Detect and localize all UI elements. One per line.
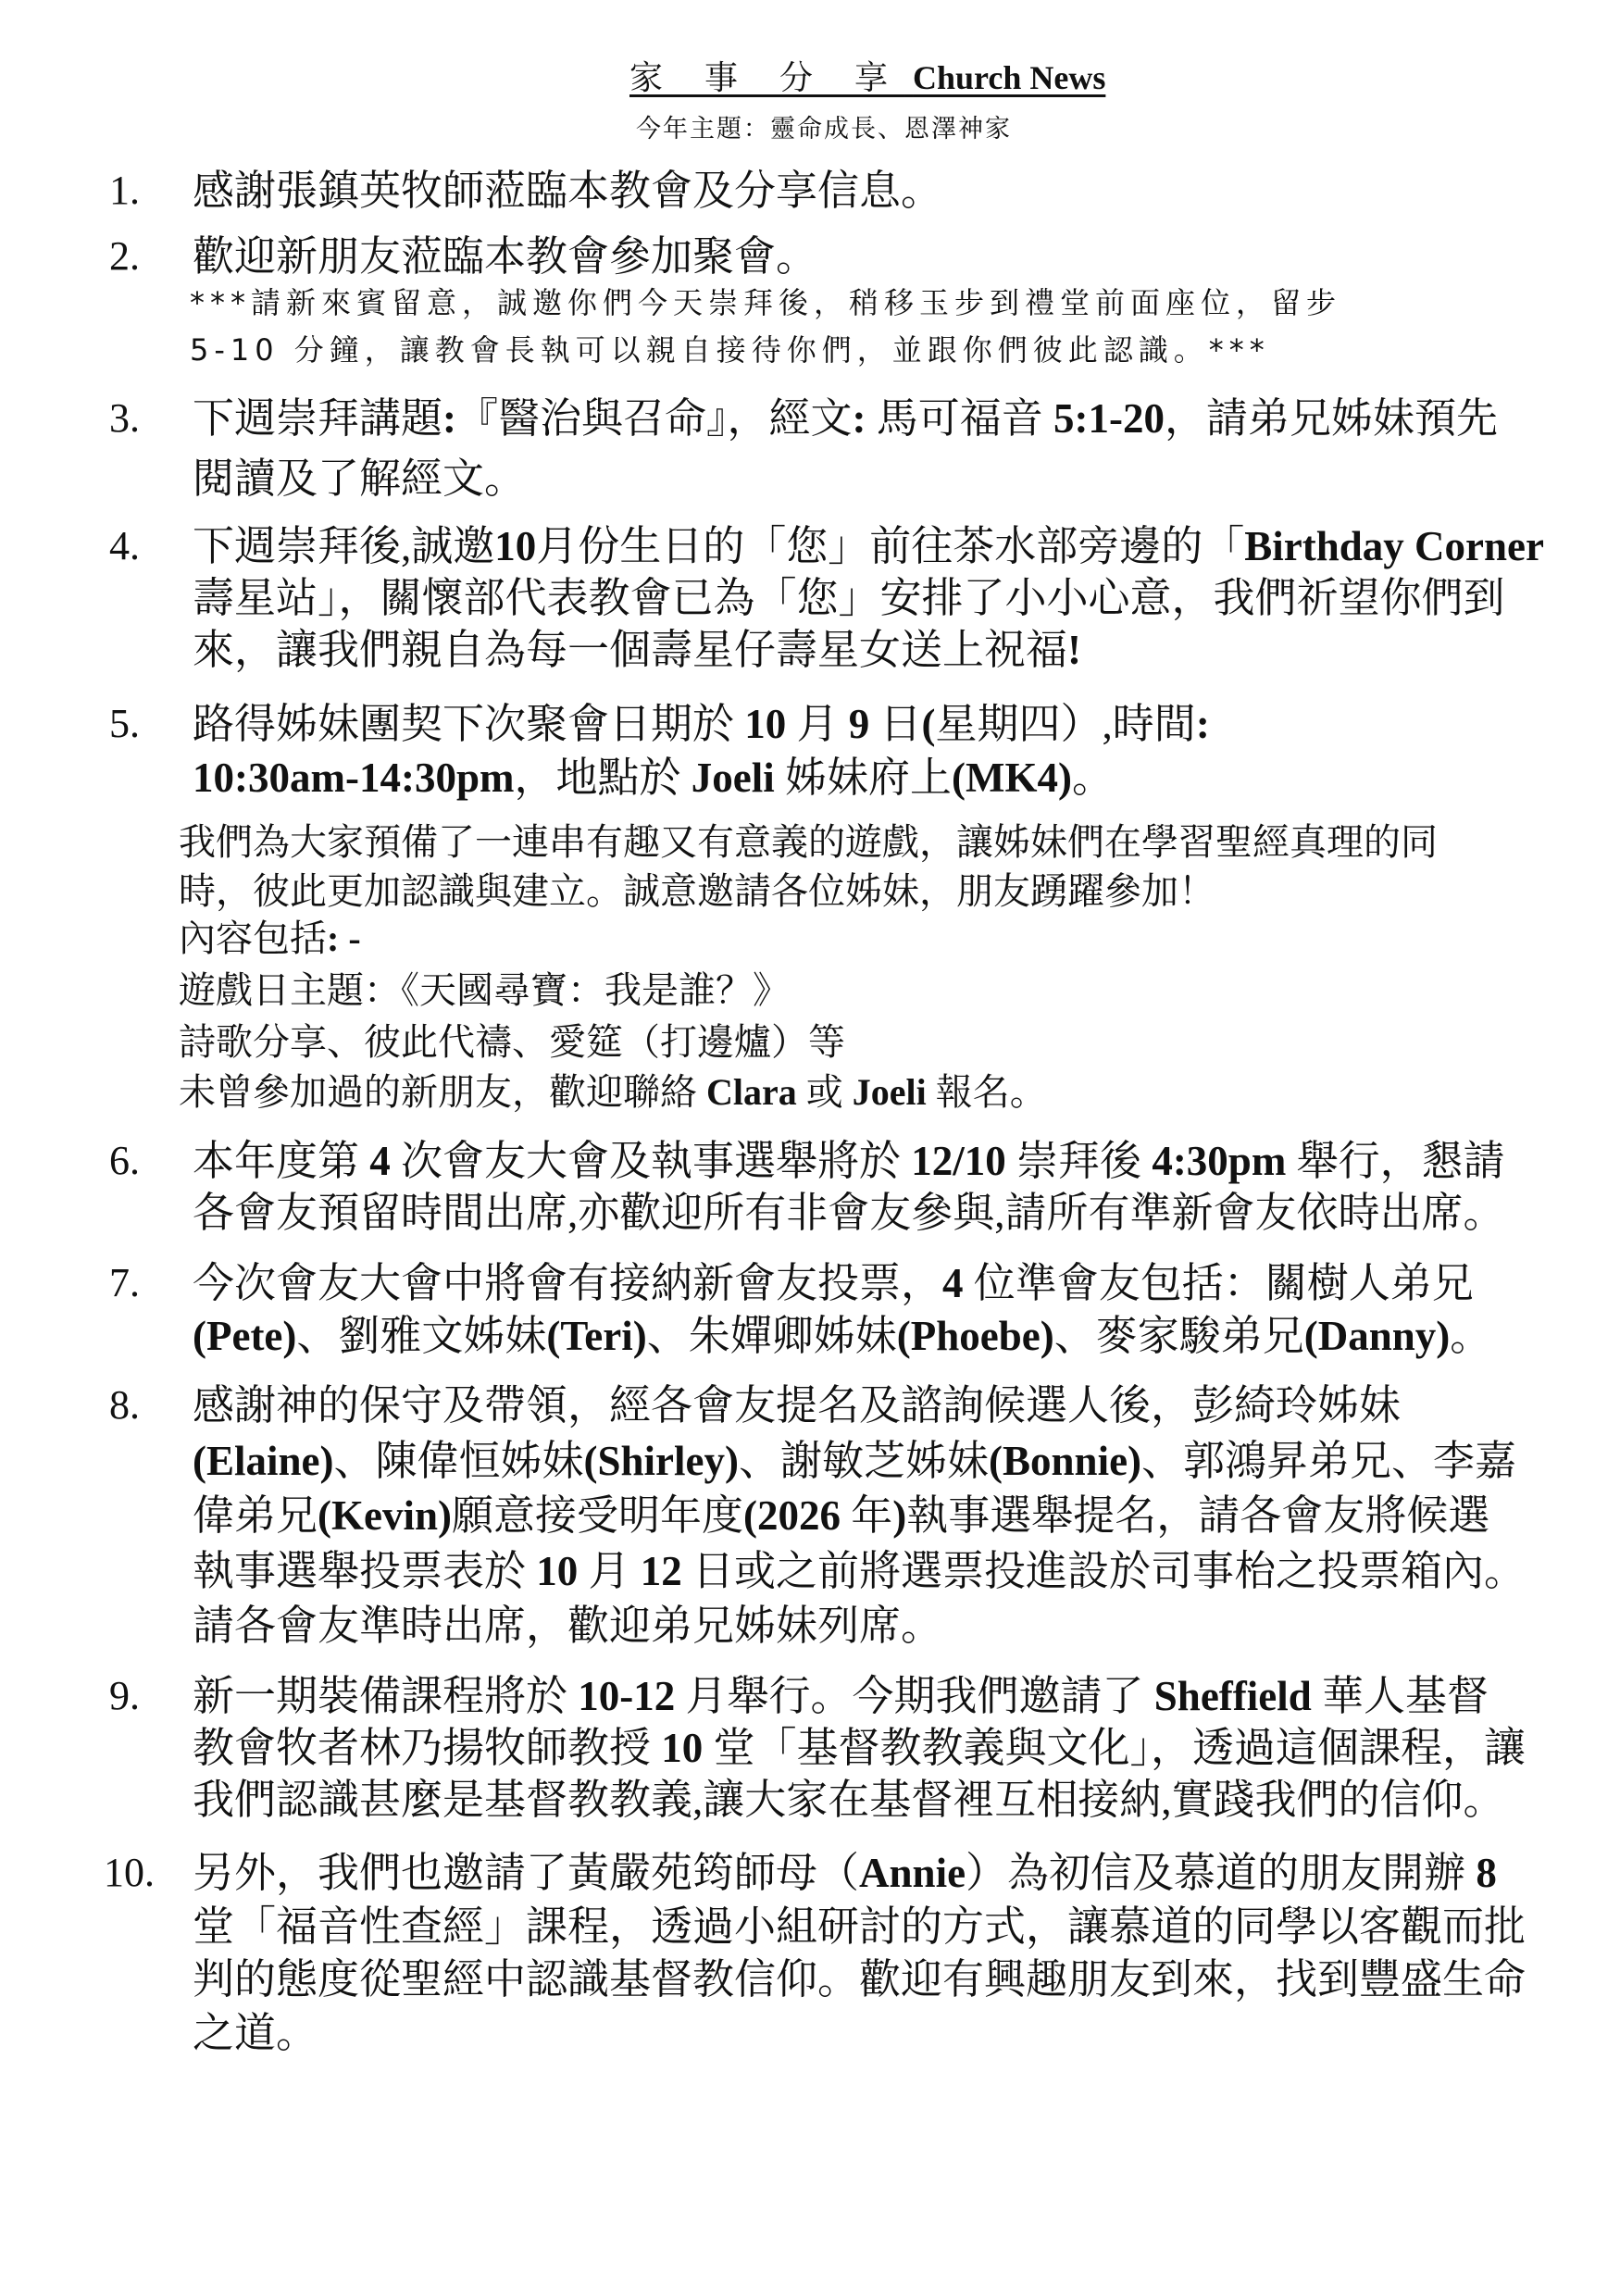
item-text-line: 來，讓我們親自為每一個壽星仔壽星女送上祝福! — [193, 622, 1081, 678]
text-run: 、劉雅文姊妹 — [296, 1313, 546, 1359]
item-text-line: (Elaine)、陳偉恒姊妹(Shirley)、謝敏芝姊妹(Bonnie)、郭鴻… — [193, 1433, 1516, 1489]
bold-text-run: (Danny) — [1304, 1313, 1451, 1359]
text-run: 次會友大會及執事選舉將於 — [391, 1138, 912, 1184]
text-run: 執事選舉提名，請各會友將候選 — [906, 1492, 1489, 1539]
text-run: 願意接受明年度 — [452, 1492, 743, 1539]
bold-text-run: (Pete) — [193, 1313, 296, 1359]
text-run: 、陳偉恒姊妹 — [334, 1438, 584, 1484]
text-run: 我們認識甚麼是基督教教義,讓大家在基督裡互相接納,實踐我們的信仰。 — [193, 1777, 1505, 1823]
bold-text-run: ( — [922, 701, 936, 747]
item-text-line: 我們認識甚麼是基督教教義,讓大家在基督裡互相接納,實踐我們的信仰。 — [193, 1772, 1505, 1828]
newcomer-note-line: ***請新來賓留意，誠邀你們今天崇拜後，稍移玉步到禮堂前面座位，留步 — [190, 281, 1341, 325]
item-text-line: 教會牧者林乃揚牧師教授 10 堂「基督教教義與文化」，透過這個課程，讓 — [193, 1720, 1526, 1776]
item-text-line: 下週崇拜講題:『醫治與召命』，經文: 馬可福音 5:1-20，請弟兄姊妹預先 — [193, 391, 1498, 446]
text-run: 下週崇拜後,誠邀 — [193, 523, 494, 569]
bold-text-run: 10:30am-14:30pm — [193, 755, 514, 801]
bold-text-run: 9 — [849, 701, 870, 747]
text-run: 來，讓我們親自為每一個壽星仔壽星女送上祝福 — [193, 627, 1067, 673]
text-run: 下週崇拜講題 — [193, 395, 442, 442]
text-run: 月份生日的「您」前往茶水部旁邊的「 — [536, 523, 1244, 569]
item-number: 10. — [104, 1845, 155, 1901]
item-text-line: (Pete)、劉雅文姊妹(Teri)、朱嬋卿姊妹(Phoebe)、麥家駿弟兄(D… — [193, 1308, 1491, 1364]
text-run: 、朱嬋卿姊妹 — [647, 1313, 897, 1359]
item-text-line: 判的態度從聖經中認識基督教信仰。歡迎有興趣朋友到來，找到豐盛生命 — [193, 1952, 1526, 2007]
fellowship-detail-line: 我們為大家預備了一連串有趣又有意義的遊戲，讓姊妹們在學習聖經真理的同 — [179, 818, 1438, 867]
text-run: 年 — [841, 1492, 892, 1539]
bold-text-run: : - — [327, 917, 361, 959]
bold-text-run: Birthday Corner — [1244, 523, 1544, 569]
text-run: 。 — [1450, 1313, 1491, 1359]
bold-text-run: 10 — [494, 523, 536, 569]
text-run: 、郭鴻昇弟兄、李嘉 — [1141, 1438, 1516, 1484]
text-run: 華人基督 — [1312, 1673, 1489, 1719]
text-run: 堂「福音性查經」課程，透過小組研討的方式，讓慕道的同學以客觀而批 — [193, 1903, 1526, 1950]
text-run: ）為初信及慕道的朋友開辦 — [966, 1850, 1476, 1896]
item-text-line: 歡迎新朋友蒞臨本教會參加聚會。 — [193, 229, 817, 284]
text-run: 我們為大家預備了一連串有趣又有意義的遊戲，讓姊妹們在學習聖經真理的同 — [179, 821, 1438, 863]
text-run: 路得姊妹團契下次聚會日期於 — [193, 701, 744, 747]
item-text-line: 壽星站」，關懷部代表教會已為「您」安排了小小心意，我們祈望你們到 — [193, 570, 1505, 626]
bold-text-run: (Elaine) — [193, 1438, 334, 1484]
item-text-line: 下週崇拜後,誠邀10月份生日的「您」前往茶水部旁邊的「Birthday Corn… — [193, 518, 1544, 574]
text-run: 偉弟兄 — [193, 1492, 318, 1539]
item-text-line: 之道。 — [193, 2005, 318, 2061]
bold-text-run: 8 — [1476, 1850, 1497, 1896]
text-run: 感謝神的保守及帶領，經各會友提名及諮詢候選人後，彭綺玲姊妹 — [193, 1382, 1401, 1429]
bold-text-run: (Shirley) — [584, 1438, 739, 1484]
text-run: 姊妹府上 — [775, 755, 952, 801]
bold-text-run: Annie — [859, 1850, 966, 1896]
text-run: 星期四）,時間 — [936, 701, 1196, 747]
text-run: 、謝敏芝姊妹 — [739, 1438, 989, 1484]
item-number: 1. — [109, 163, 140, 218]
bold-text-run: (Kevin) — [318, 1492, 452, 1539]
text-run: 另外，我們也邀請了黃嚴苑筠師母（ — [193, 1850, 859, 1896]
bold-text-run: 4 — [369, 1138, 391, 1184]
text-run: 新一期裝備課程將於 — [193, 1673, 578, 1719]
item-text-line: 路得姊妹團契下次聚會日期於 10 月 9 日(星期四）,時間: — [193, 696, 1210, 752]
bold-text-run: Clara — [706, 1071, 797, 1113]
text-run: ，請弟兄姊妹預先 — [1165, 395, 1498, 442]
item-text-line: 執事選舉投票表於 10 月 12 日或之前將選票投進設於司事枱之投票箱內。 — [193, 1543, 1526, 1599]
text-run: 或 — [797, 1071, 853, 1113]
item-text-line: 偉弟兄(Kevin)願意接受明年度(2026 年)執事選舉提名，請各會友將候選 — [193, 1488, 1489, 1543]
bold-text-run: 10 — [744, 701, 786, 747]
item-number: 8. — [109, 1378, 140, 1433]
item-text-line: 另外，我們也邀請了黃嚴苑筠師母（Annie）為初信及慕道的朋友開辦 8 — [193, 1845, 1497, 1901]
bold-text-run: : — [442, 395, 456, 442]
bold-text-run: 5:1-20 — [1053, 395, 1165, 442]
title-chinese: 家 事 分 享 — [629, 59, 904, 96]
item-number: 7. — [109, 1255, 140, 1311]
bold-text-run: 10-12 — [578, 1673, 675, 1719]
text-run: 時，彼此更加認識與建立。誠意邀請各位姊妹，朋友踴躍參加！ — [179, 870, 1215, 912]
item-number: 9. — [109, 1668, 140, 1724]
text-run: 位準會友包括：關樹人弟兄 — [964, 1260, 1474, 1306]
text-run: ，地點於 — [514, 755, 691, 801]
title-english: Church News — [913, 59, 1105, 96]
item-text-line: 本年度第 4 次會友大會及執事選舉將於 12/10 崇拜後 4:30pm 舉行，… — [193, 1133, 1505, 1189]
bold-text-run: Joeli — [853, 1071, 927, 1113]
item-number: 6. — [109, 1133, 140, 1189]
bold-text-run: 12/10 — [911, 1138, 1006, 1184]
text-run: 。 — [1072, 755, 1114, 801]
item-number: 3. — [109, 391, 140, 446]
text-run: 日或之前將選票投進設於司事枱之投票箱內。 — [682, 1548, 1526, 1594]
text-run: 教會牧者林乃揚牧師教授 — [193, 1725, 661, 1771]
item-text-line: 各會友預留時間出席,亦歡迎所有非會友參與,請所有準新會友依時出席。 — [193, 1185, 1505, 1241]
text-run: 判的態度從聖經中認識基督教信仰。歡迎有興趣朋友到來，找到豐盛生命 — [193, 1956, 1526, 2003]
text-run: 閱讀及了解經文。 — [193, 455, 526, 502]
bold-text-run: (2026 — [743, 1492, 841, 1539]
text-run: 、麥家駿弟兄 — [1054, 1313, 1304, 1359]
text-run: 歡迎新朋友蒞臨本教會參加聚會。 — [193, 233, 817, 280]
fellowship-detail-line: 遊戲日主題：《天國尋寶：我是誰？》 — [179, 967, 790, 1015]
item-text-line: 10:30am-14:30pm，地點於 Joeli 姊妹府上(MK4)。 — [193, 750, 1114, 805]
bold-text-run: 10 — [661, 1725, 703, 1771]
item-text-line: 請各會友準時出席，歡迎弟兄姊妹列席。 — [193, 1598, 942, 1653]
text-run: 月 — [578, 1548, 641, 1594]
bold-text-run: (Teri) — [546, 1313, 646, 1359]
text-run: 『醫治與召命』，經文 — [456, 395, 853, 442]
item-text-line: 今次會友大會中將會有接納新會友投票，4 位準會友包括：關樹人弟兄 — [193, 1255, 1474, 1311]
item-text-line: 堂「福音性查經」課程，透過小組研討的方式，讓慕道的同學以客觀而批 — [193, 1899, 1526, 1954]
bold-text-run: : — [1196, 701, 1210, 747]
page-title: 家 事 分 享 Church News — [629, 54, 1055, 102]
text-run: 本年度第 — [193, 1138, 369, 1184]
item-number: 2. — [109, 229, 140, 284]
fellowship-detail-line: 未曾參加過的新朋友，歡迎聯絡 Clara 或 Joeli 報名。 — [179, 1068, 1047, 1117]
text-run: 月 — [786, 701, 849, 747]
text-run: 壽星站」，關懷部代表教會已為「您」安排了小小心意，我們祈望你們到 — [193, 575, 1505, 621]
text-run: 堂「基督教教義與文化」，透過這個課程，讓 — [703, 1725, 1526, 1771]
item-text-line: 新一期裝備課程將於 10-12 月舉行。今期我們邀請了 Sheffield 華人… — [193, 1668, 1489, 1724]
text-run: 崇拜後 — [1006, 1138, 1153, 1184]
text-run: 執事選舉投票表於 — [193, 1548, 536, 1594]
bold-text-run: 4:30pm — [1152, 1138, 1286, 1184]
bold-text-run: Sheffield — [1154, 1673, 1312, 1719]
text-run: 馬可福音 — [866, 395, 1054, 442]
fellowship-detail-line: 時，彼此更加認識與建立。誠意邀請各位姊妹，朋友踴躍參加！ — [179, 867, 1215, 916]
item-number: 4. — [109, 518, 140, 574]
text-run: 遊戲日主題：《天國尋寶：我是誰？》 — [179, 969, 790, 1011]
text-run: 內容包括 — [179, 917, 327, 959]
text-run: 今次會友大會中將會有接納新會友投票， — [193, 1260, 942, 1306]
item-number: 5. — [109, 696, 140, 752]
bold-text-run: ! — [1067, 627, 1081, 673]
year-theme-subtitle: 今年主題：靈命成長、恩澤神家 — [592, 111, 1055, 148]
bold-text-run: 12 — [641, 1548, 682, 1594]
text-run: 月舉行。今期我們邀請了 — [675, 1673, 1154, 1719]
bold-text-run: 10 — [536, 1548, 578, 1594]
bold-text-run: ) — [892, 1492, 906, 1539]
item-text-line: 感謝神的保守及帶領，經各會友提名及諮詢候選人後，彭綺玲姊妹 — [193, 1378, 1401, 1433]
item-text-line: 閱讀及了解經文。 — [193, 451, 526, 506]
item-text-line: 感謝張鎮英牧師蒞臨本教會及分享信息。 — [193, 163, 942, 218]
text-run: 舉行，懇請 — [1286, 1138, 1504, 1184]
text-run: 之道。 — [193, 2010, 318, 2056]
text-run: 詩歌分享、彼此代禱、愛筵（打邊爐）等 — [179, 1021, 845, 1063]
newcomer-note-line: 5-10 分鐘，讓教會長執可以親自接待你們，並跟你們彼此認識。*** — [190, 328, 1270, 372]
bold-text-run: Joeli — [692, 755, 775, 801]
bold-text-run: : — [853, 395, 866, 442]
bold-text-run: (MK4) — [952, 755, 1072, 801]
bold-text-run: 4 — [942, 1260, 964, 1306]
fellowship-detail-line: 內容包括: - — [179, 915, 361, 963]
text-run: 日 — [869, 701, 921, 747]
text-run: 各會友預留時間出席,亦歡迎所有非會友參與,請所有準新會友依時出席。 — [193, 1190, 1505, 1236]
text-run: 未曾參加過的新朋友，歡迎聯絡 — [179, 1071, 706, 1113]
text-run: 感謝張鎮英牧師蒞臨本教會及分享信息。 — [193, 168, 942, 214]
bold-text-run: (Phoebe) — [897, 1313, 1054, 1359]
fellowship-detail-line: 詩歌分享、彼此代禱、愛筵（打邊爐）等 — [179, 1018, 845, 1067]
bold-text-run: (Bonnie) — [989, 1438, 1141, 1484]
text-run: 請各會友準時出席，歡迎弟兄姊妹列席。 — [193, 1603, 942, 1649]
text-run: 報名。 — [927, 1071, 1047, 1113]
